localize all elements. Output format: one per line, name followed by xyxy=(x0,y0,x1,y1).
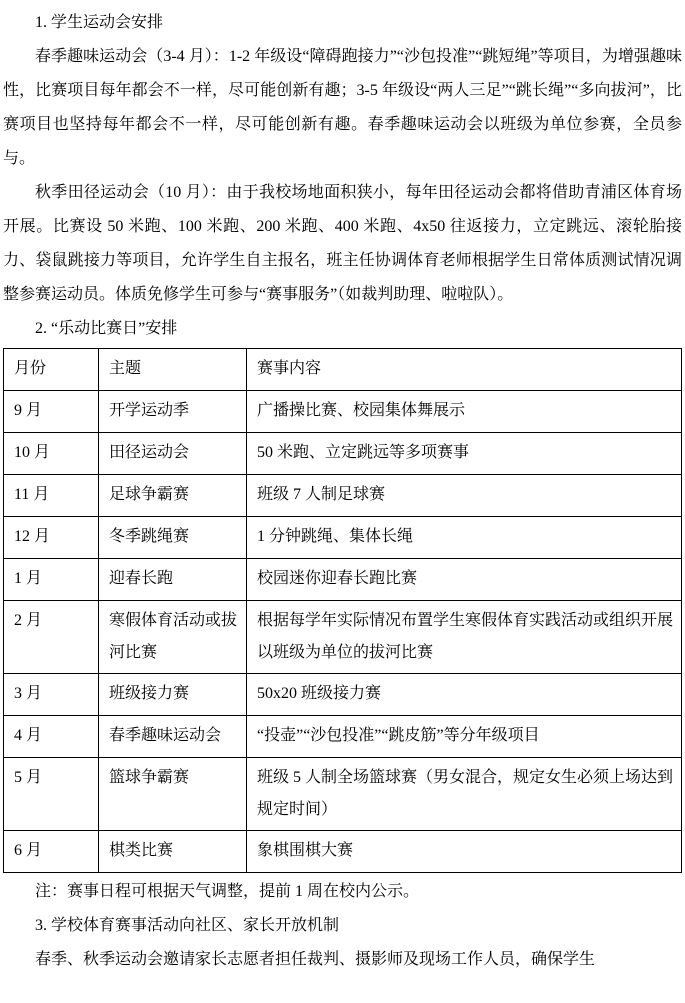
cell-month: 12 月 xyxy=(4,517,99,559)
cell-month: 11 月 xyxy=(4,475,99,517)
cell-content: 1 分钟跳绳、集体长绳 xyxy=(247,517,682,559)
cell-theme: 棋类比赛 xyxy=(99,831,247,873)
cell-month: 2 月 xyxy=(4,601,99,674)
heading-community-open-mechanism: 3. 学校体育赛事活动向社区、家长开放机制 xyxy=(3,909,682,943)
table-row: 1 月 迎春长跑 校园迷你迎春长跑比赛 xyxy=(4,559,682,601)
heading-student-sports-meet: 1. 学生运动会安排 xyxy=(3,6,682,40)
cell-month: 9 月 xyxy=(4,391,99,433)
cell-theme: 班级接力赛 xyxy=(99,674,247,716)
cell-content: 50x20 班级接力赛 xyxy=(247,674,682,716)
cell-content: 广播操比赛、校园集体舞展示 xyxy=(247,391,682,433)
cell-month: 10 月 xyxy=(4,433,99,475)
cell-content: 班级 5 人制全场篮球赛（男女混合，规定女生必须上场达到规定时间） xyxy=(247,758,682,831)
cell-theme: 足球争霸赛 xyxy=(99,475,247,517)
table-row: 9 月 开学运动季 广播操比赛、校园集体舞展示 xyxy=(4,391,682,433)
cell-content: 班级 7 人制足球赛 xyxy=(247,475,682,517)
cell-month: 3 月 xyxy=(4,674,99,716)
cell-theme: 开学运动季 xyxy=(99,391,247,433)
cell-content: 校园迷你迎春长跑比赛 xyxy=(247,559,682,601)
cell-month: 1 月 xyxy=(4,559,99,601)
paragraph-spring-fun-games: 春季趣味运动会（3-4 月）：1-2 年级设“障碍跑接力”“沙包投准”“跳短绳”… xyxy=(3,40,682,176)
cell-theme: 迎春长跑 xyxy=(99,559,247,601)
heading-fun-match-day: 2. “乐动比赛日”安排 xyxy=(3,312,682,346)
schedule-note: 注：赛事日程可根据天气调整，提前 1 周在校内公示。 xyxy=(3,875,682,909)
paragraph-autumn-track-meet: 秋季田径运动会（10 月）：由于我校场地面积狭小，每年田径运动会都将借助青浦区体… xyxy=(3,176,682,312)
cell-theme: 春季趣味运动会 xyxy=(99,716,247,758)
table-header-row: 月份 主题 赛事内容 xyxy=(4,349,682,391)
cell-theme: 篮球争霸赛 xyxy=(99,758,247,831)
column-header-month: 月份 xyxy=(4,349,99,391)
table-row: 4 月 春季趣味运动会 “投壶”“沙包投准”“跳皮筋”等分年级项目 xyxy=(4,716,682,758)
cell-month: 4 月 xyxy=(4,716,99,758)
cell-content: 50 米跑、立定跳远等多项赛事 xyxy=(247,433,682,475)
table-row: 10 月 田径运动会 50 米跑、立定跳远等多项赛事 xyxy=(4,433,682,475)
cell-theme: 寒假体育活动或拔河比赛 xyxy=(99,601,247,674)
table-row: 12 月 冬季跳绳赛 1 分钟跳绳、集体长绳 xyxy=(4,517,682,559)
cell-content: 根据每学年实际情况布置学生寒假体育实践活动或组织开展以班级为单位的拔河比赛 xyxy=(247,601,682,674)
match-day-schedule-table: 月份 主题 赛事内容 9 月 开学运动季 广播操比赛、校园集体舞展示 10 月 … xyxy=(3,348,682,873)
column-header-content: 赛事内容 xyxy=(247,349,682,391)
cell-month: 6 月 xyxy=(4,831,99,873)
table-row: 11 月 足球争霸赛 班级 7 人制足球赛 xyxy=(4,475,682,517)
cell-theme: 冬季跳绳赛 xyxy=(99,517,247,559)
table-row: 3 月 班级接力赛 50x20 班级接力赛 xyxy=(4,674,682,716)
column-header-theme: 主题 xyxy=(99,349,247,391)
table-row: 6 月 棋类比赛 象棋围棋大赛 xyxy=(4,831,682,873)
cell-month: 5 月 xyxy=(4,758,99,831)
document-page: 1. 学生运动会安排 春季趣味运动会（3-4 月）：1-2 年级设“障碍跑接力”… xyxy=(0,0,685,1003)
table-row: 5 月 篮球争霸赛 班级 5 人制全场篮球赛（男女混合，规定女生必须上场达到规定… xyxy=(4,758,682,831)
cell-content: 象棋围棋大赛 xyxy=(247,831,682,873)
cell-content: “投壶”“沙包投准”“跳皮筋”等分年级项目 xyxy=(247,716,682,758)
paragraph-parent-volunteers: 春季、秋季运动会邀请家长志愿者担任裁判、摄影师及现场工作人员，确保学生 xyxy=(3,943,682,977)
cell-theme: 田径运动会 xyxy=(99,433,247,475)
table-row: 2 月 寒假体育活动或拔河比赛 根据每学年实际情况布置学生寒假体育实践活动或组织… xyxy=(4,601,682,674)
